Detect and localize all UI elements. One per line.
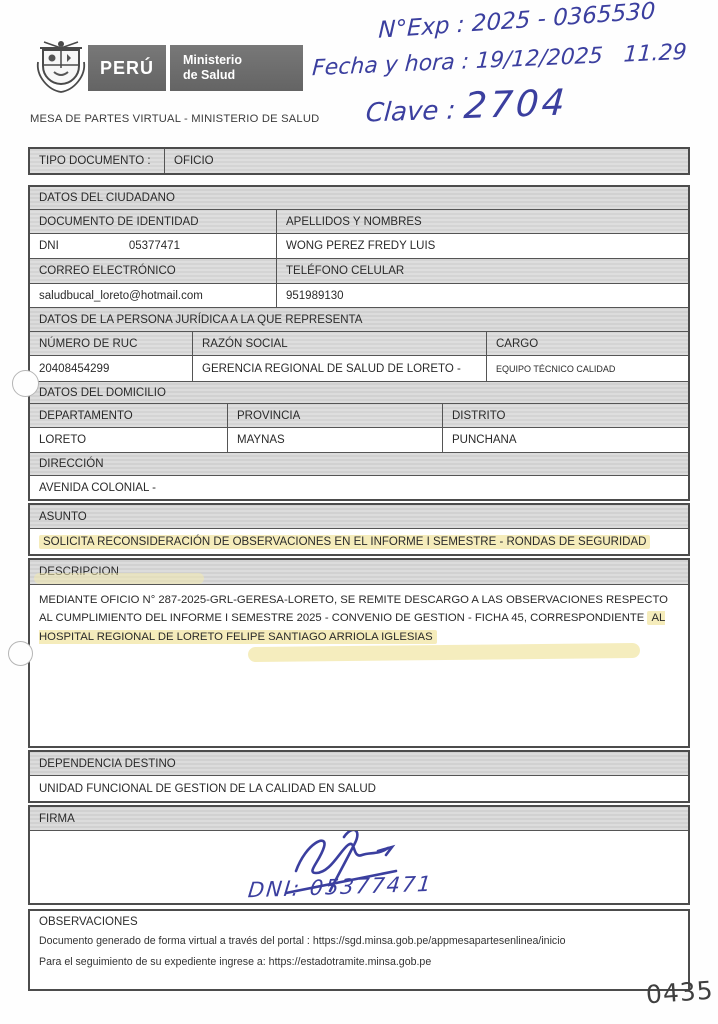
provincia-value: MAYNAS	[228, 428, 443, 452]
handwritten-clave-value: 2704	[463, 82, 569, 127]
handwritten-clave: Clave : 2704	[365, 82, 569, 130]
hole-punch-icon	[8, 641, 33, 666]
handwritten-expediente: N°Exp : 2025 - 0365530	[378, 0, 656, 44]
handwritten-page-number: 0435	[645, 976, 714, 1010]
apellidos-value: WONG PEREZ FREDY LUIS	[277, 234, 688, 258]
departamento-label: DEPARTAMENTO	[30, 404, 228, 427]
section-header-ciudadano: DATOS DEL CIUDADANO	[30, 187, 184, 209]
ruc-value: 20408454299	[30, 356, 193, 381]
hole-punch-icon	[12, 370, 39, 397]
page-title: MESA DE PARTES VIRTUAL - MINISTERIO DE S…	[30, 113, 319, 125]
highlighter-smudge	[34, 573, 204, 584]
handwritten-fecha-hora: Fecha y hora : 19/12/2025 11.29	[311, 40, 687, 81]
provincia-label: PROVINCIA	[228, 404, 443, 427]
brand-ministry: Ministerio de Salud	[170, 45, 303, 91]
cargo-value: EQUIPO TÉCNICO CALIDAD	[487, 356, 688, 381]
telefono-label: TELÉFONO CELULAR	[277, 259, 688, 283]
peru-coat-of-arms-icon	[34, 38, 88, 94]
datos-box: DATOS DEL CIUDADANO DOCUMENTO DE IDENTID…	[28, 185, 690, 501]
brand-ministry-line1: Ministerio	[183, 53, 242, 68]
distrito-value: PUNCHANA	[443, 428, 688, 452]
doc-identidad-value: DNI 05377471	[30, 234, 277, 258]
descripcion-value: MEDIANTE OFICIO N° 287-2025-GRL-GERESA-L…	[30, 584, 688, 746]
apellidos-label: APELLIDOS Y NOMBRES	[277, 210, 688, 233]
form-body: TIPO DOCUMENTO : OFICIO DATOS DEL CIUDAD…	[28, 147, 690, 996]
section-header-asunto: ASUNTO	[30, 505, 96, 528]
distrito-label: DISTRITO	[443, 404, 688, 427]
razon-social-value: GERENCIA REGIONAL DE SALUD DE LORETO -	[193, 356, 487, 381]
telefono-value: 951989130	[277, 284, 688, 307]
dependencia-value: UNIDAD FUNCIONAL DE GESTION DE LA CALIDA…	[30, 776, 688, 801]
observaciones-label: OBSERVACIONES	[39, 916, 679, 928]
section-header-direccion: DIRECCIÓN	[30, 453, 113, 475]
departamento-value: LORETO	[30, 428, 228, 452]
asunto-box: ASUNTO SOLICITA RECONSIDERACIÓN DE OBSER…	[28, 503, 690, 556]
correo-label: CORREO ELECTRÓNICO	[30, 259, 277, 283]
highlighter-smudge	[248, 643, 640, 662]
tipo-documento-box: TIPO DOCUMENTO : OFICIO	[28, 147, 690, 175]
correo-value: saludbucal_loreto@hotmail.com	[30, 284, 277, 307]
doc-tipo: DNI	[39, 240, 59, 252]
brand-country: PERÚ	[88, 45, 166, 91]
section-header-dependencia: DEPENDENCIA DESTINO	[30, 752, 185, 775]
handwritten-clave-label: Clave :	[365, 95, 465, 129]
ruc-label: NÚMERO DE RUC	[30, 332, 193, 355]
descripcion-text: MEDIANTE OFICIO N° 287-2025-GRL-GERESA-L…	[39, 594, 668, 624]
asunto-value: SOLICITA RECONSIDERACIÓN DE OBSERVACIONE…	[39, 535, 650, 549]
observaciones-line2: Para el seguimiento de su expediente ing…	[39, 956, 679, 968]
tipo-documento-value: OFICIO	[165, 149, 688, 173]
direccion-value: AVENIDA COLONIAL -	[30, 476, 688, 499]
tipo-documento-label: TIPO DOCUMENTO :	[30, 149, 165, 173]
cargo-label: CARGO	[487, 332, 688, 355]
dependencia-box: DEPENDENCIA DESTINO UNIDAD FUNCIONAL DE …	[28, 750, 690, 803]
observaciones-box: OBSERVACIONES Documento generado de form…	[28, 909, 690, 991]
section-header-persona-juridica: DATOS DE LA PERSONA JURÍDICA A LA QUE RE…	[30, 308, 371, 331]
doc-identidad-label: DOCUMENTO DE IDENTIDAD	[30, 210, 277, 233]
razon-social-label: RAZÓN SOCIAL	[193, 332, 487, 355]
section-header-firma: FIRMA	[30, 807, 84, 830]
firma-box: FIRMA DNI: 05377471	[28, 805, 690, 905]
section-header-domicilio: DATOS DEL DOMICILIO	[30, 382, 175, 403]
scanned-document-page: PERÚ Ministerio de Salud MESA DE PARTES …	[0, 0, 718, 1024]
observaciones-line1: Documento generado de forma virtual a tr…	[39, 935, 679, 947]
descripcion-box: DESCRIPCION MEDIANTE OFICIO N° 287-2025-…	[28, 558, 690, 748]
brand-ministry-line2: de Salud	[183, 68, 242, 83]
doc-numero: 05377471	[129, 240, 180, 252]
